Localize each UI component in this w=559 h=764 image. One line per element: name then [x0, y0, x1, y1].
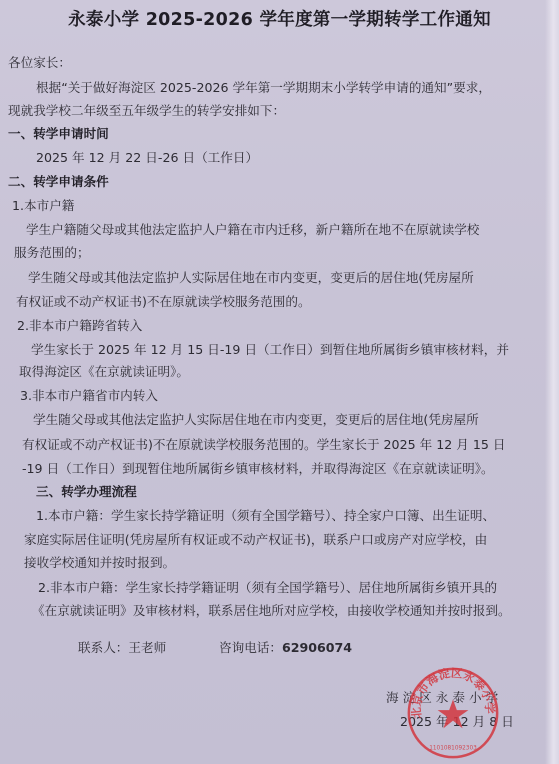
condition-3-line-1: 学生随父母或其他法定监护人实际居住地在市内变更，变更后的居住地(凭房屋所: [33, 412, 479, 428]
seal-number: 1101081092303: [429, 745, 477, 751]
condition-3-line-2: 有权证或不动产权证书)不在原就读学校服务范围的。学生家长于 2025 年 12 …: [22, 437, 505, 453]
intro-line-1: 根据“关于做好海淀区 2025-2026 学年第一学期期末小学转学申请的通知”要…: [36, 80, 491, 96]
condition-2-line-1: 学生家长于 2025 年 12 月 15 日-19 日（工作日）到暂住地所属街乡…: [31, 342, 509, 358]
procedure-line-1: 1.本市户籍：学生家长持学籍证明（须有全国学籍号）、持全家户口簿、出生证明、: [36, 508, 495, 524]
condition-1-line-2: 服务范围的；: [14, 245, 90, 261]
paper-edge: [545, 0, 559, 764]
procedure-line-2: 家庭实际居住证明(凭房屋所有权证或不动产权证书)，联系户口或房产对应学校，由: [24, 532, 487, 548]
condition-3-label: 3.非本市户籍省市内转入: [20, 388, 158, 404]
contact-person: 联系人：王老师: [78, 640, 166, 656]
procedure-line-5: 《在京就读证明》及审核材料，联系居住地所对应学校，由接收学校通知并按时报到。: [32, 603, 511, 619]
condition-2-line-2: 取得海淀区《在京就读证明》。: [19, 364, 189, 380]
contact-phone-number: 62906074: [282, 640, 352, 655]
condition-1-label: 1.本市户籍: [12, 198, 74, 214]
section-3-heading: 三、转学办理流程: [36, 484, 137, 500]
condition-1-line-1: 学生户籍随父母或其他法定监护人户籍在市内迁移，新户籍所在地不在原就读学校: [26, 222, 479, 238]
intro-line-2: 现就我学校二年级至五年级学生的转学安排如下：: [8, 103, 285, 119]
official-seal-icon: 北京市海淀区永泰小学 1101081092303: [405, 665, 501, 761]
contact-phone-label: 咨询电话：: [219, 640, 282, 655]
condition-1-line-4: 有权证或不动产权证书)不在原就读学校服务范围的。: [16, 294, 311, 310]
document-title: 永泰小学 2025-2026 学年度第一学期转学工作通知: [0, 6, 559, 31]
salutation: 各位家长：: [8, 55, 71, 71]
condition-3-line-3: -19 日（工作日）到现暂住地所属街乡镇审核材料，并取得海淀区《在京就读证明》。: [22, 461, 494, 477]
contact-phone: 咨询电话：62906074: [219, 640, 352, 656]
section-1-heading: 一、转学申请时间: [8, 126, 109, 142]
procedure-line-3: 接收学校通知并按时报到。: [24, 555, 175, 571]
section-2-heading: 二、转学申请条件: [8, 174, 109, 190]
procedure-line-4: 2.非本市户籍：学生家长持学籍证明（须有全国学籍号）、居住地所属街乡镇开具的: [38, 580, 497, 596]
application-period: 2025 年 12 月 22 日-26 日（工作日）: [36, 150, 258, 166]
condition-2-label: 2.非本市户籍跨省转入: [17, 318, 142, 334]
condition-1-line-3: 学生随父母或其他法定监护人实际居住地在市内变更，变更后的居住地(凭房屋所: [28, 270, 474, 286]
